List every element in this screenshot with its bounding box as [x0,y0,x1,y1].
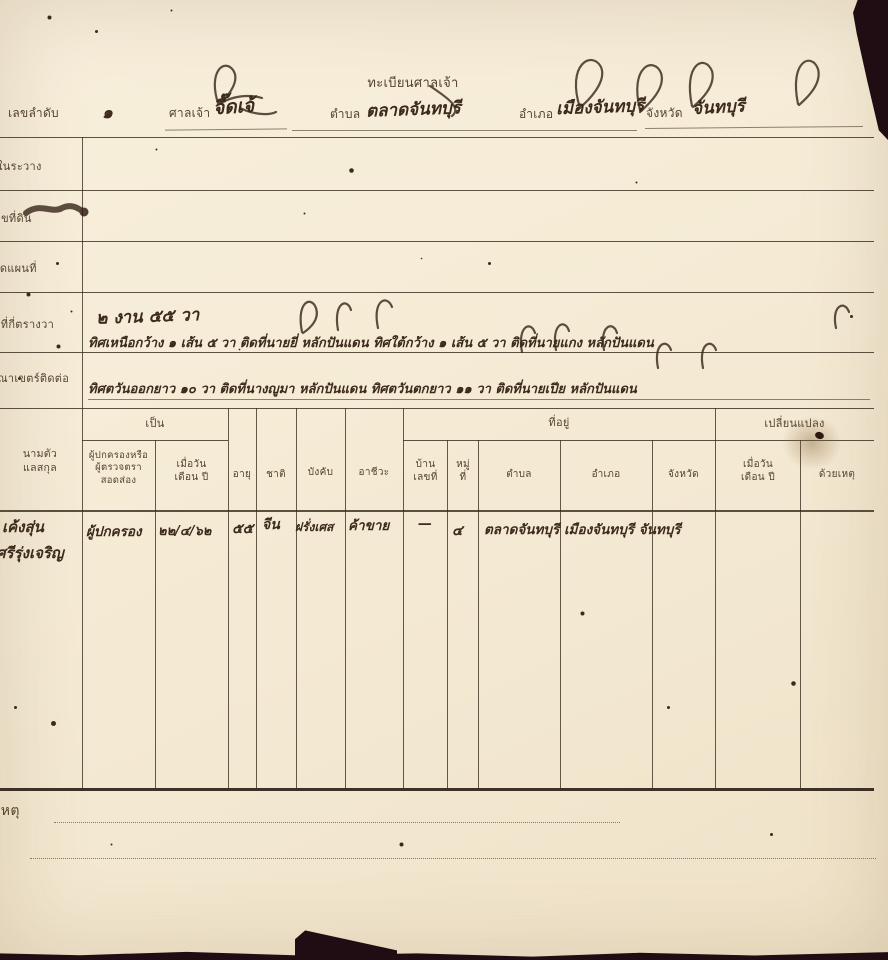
header-underline [645,126,863,129]
col-header-moo-line1: หมู่ [456,459,470,470]
serial-label: เลขลำดับ [8,104,59,123]
header-underline [292,130,637,131]
group-header-pen: เป็น [82,417,228,431]
ink-scribble-blot [80,208,89,217]
col-divider [447,440,448,790]
note-label: หมายเหตุ [0,800,20,822]
boundary-line-1: ทิศเหนือกว้าง ๑ เส้น ๕ วา ติดที่นายยี่ ห… [88,332,870,353]
entry-address: ตลาดจันทบุรี เมืองจันทบุรี จันทบุรี [484,518,716,540]
col-header-name: นามตัว แลสกุล [0,448,80,475]
col-header-change-date: เมื่อวัน เดือน ปี [716,458,800,484]
group-header-address: ที่อยู่ [403,416,715,430]
province-value: จันทบุรี [691,89,812,122]
ink-scribble [26,206,84,213]
shrine-label: ศาลเจ้า [169,104,210,123]
entry-subject: ฝรั่งเศส [295,518,347,537]
col-divider [478,440,479,790]
col-header-subject: บังคับ [296,466,345,479]
col-divider [800,440,801,790]
note-dotted-line [30,858,876,859]
entry-name-line1: เค้งสุ่น [2,515,80,539]
entry-occupation: ค้าขาย [348,514,404,536]
col-header-change-date-line2: เดือน ปี [741,472,775,483]
col-header-change-date-line1: เมื่อวัน [743,459,773,470]
district-label: อำเภอ [519,105,553,124]
subdistrict-label: ตำบล [330,105,360,124]
table-bottom-rule [0,788,874,791]
col-header-nation: ชาติ [256,468,296,481]
note-dotted-line [54,822,620,823]
table-top-rule [0,408,874,409]
col-header-occupation: อาชีวะ [345,466,403,479]
shrine-value: จี๊ดเจ้ [212,91,255,124]
col-header-guardian-line1: ผู้ปกครองหรือ [89,450,148,461]
row-label-rawang: ตั้งในระวาง [0,157,42,175]
col-divider [256,408,257,790]
col-header-date-line1: เมื่อวัน [177,459,207,470]
col-header-age: อายุ [227,468,257,481]
col-header-house: บ้าน เลขที่ [404,458,447,484]
col-header-date-line2: เดือน ปี [174,472,208,483]
col-header-house-line2: เลขที่ [413,472,437,483]
entry-house-no: — [404,516,446,532]
torn-corner-top-right [842,0,888,140]
ink-smudge [782,416,842,470]
boundary-underline [88,399,870,400]
form-rule [0,292,874,293]
form-rule [0,137,874,138]
subdistrict-value: ตลาดจันทบุรี [366,92,515,124]
row-label-area: เนื้อที่กี่ตรางวา [0,315,54,333]
entry-date: ๒๒/๔/๖๒ [158,520,226,541]
col-header-tambon: ตำบล [478,468,560,481]
entry-age: ๕๕ [232,518,253,540]
entry-nation: จีน [262,514,280,536]
serial-value: ๑ [102,99,113,126]
col-header-guardian: ผู้ปกครองหรือ ผู้ตรวจตรา สอดส่อง [84,450,153,487]
boundary-line-2: ทิศตวันออกยาว ๑๐ วา ติดที่นางญูมา หลักปั… [88,378,870,399]
ink-specks [0,0,3,3]
col-divider [228,408,229,790]
row-label-deed: โฉนดแผนที่ [0,259,37,277]
torn-wedge-bottom-center [295,920,397,960]
col-header-guardian-line3: สอดส่อง [101,475,137,486]
col-header-guardian-line2: ผู้ตรวจตรา [95,462,142,473]
row-label-boundary: อาณาเขตร์ติดต่อ [0,369,69,387]
document-photo: ทะเบียนศาลเจ้า เลขลำดับ ๑ ศาลเจ้า จี๊ดเจ… [0,0,888,960]
form-rule [0,241,874,242]
col-divider [652,440,653,790]
header-underline [165,128,287,130]
entry-name-line2: ศรีรุ่งเจริญ [0,541,82,565]
col-header-province: จังหวัด [652,468,715,481]
col-header-name-line2: แลสกุล [23,462,57,474]
col-header-moo: หมู่ ที่ [448,458,478,484]
area-value: ๒ งาน ๕๕ วา [96,301,200,332]
entry-role: ผู้ปกครอง [86,520,154,542]
col-header-name-line1: นามตัว [23,448,57,460]
col-header-date: เมื่อวัน เดือน ปี [157,458,226,484]
document-title: ทะเบียนศาลเจ้า [338,72,488,93]
row-label-land-no: เลขที่ดิน [0,209,32,227]
form-rule [0,190,874,191]
torn-edge-bottom-strip [0,948,888,960]
entry-moo: ๔ [452,520,463,542]
col-header-moo-line2: ที่ [460,472,467,483]
col-divider [560,440,561,790]
label-column-divider [82,137,83,790]
col-divider [155,440,156,790]
col-header-house-line1: บ้าน [416,459,436,470]
province-label: จังหวัด [646,104,683,123]
col-header-amphoe: อำเภอ [560,468,652,481]
header-bottom-rule [0,510,874,512]
